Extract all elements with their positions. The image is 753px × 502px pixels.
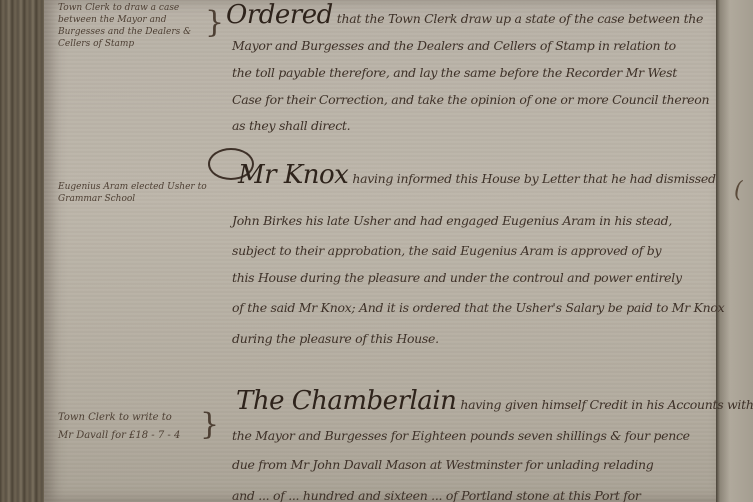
entry-ordered-line-1: Orderedthat the Town Clerk draw up a sta… xyxy=(226,0,703,30)
entry-knox-line-3: subject to their approbation, the said E… xyxy=(232,243,661,258)
book-binding xyxy=(0,0,48,502)
entry-ordered-line-5: as they shall direct. xyxy=(232,118,350,133)
entry-chamberlain-line-2: the Mayor and Burgesses for Eighteen pou… xyxy=(232,428,690,443)
margin-brace: } xyxy=(200,410,219,440)
margin-note-davall-line1: Town Clerk to write to xyxy=(58,409,208,427)
entry-knox-line-5: of the said Mr Knox; And it is ordered t… xyxy=(232,300,724,315)
entry-ordered-line-2: Mayor and Burgesses and the Dealers and … xyxy=(232,38,676,53)
entry-knox-line-6: during the pleasure of this House. xyxy=(232,331,439,346)
margin-brace: } xyxy=(205,8,224,38)
entry-knox-line-4: this House during the pleasure and under… xyxy=(232,270,682,285)
entry-lead-ordered: Ordered xyxy=(226,0,333,30)
entry-ordered-line-4: Case for their Correction, and take the … xyxy=(232,92,709,107)
entry-lead-knox: Mr Knox xyxy=(238,160,348,190)
entry-chamberlain-line-4: and ... of ... hundred and sixteen ... o… xyxy=(232,488,641,502)
margin-note-davall-line2: Mr Davall for £18 - 7 - 4 xyxy=(58,427,208,445)
margin-note-davall: Town Clerk to write to Mr Davall for £18… xyxy=(58,409,208,445)
margin-note-aram-elected: Eugenius Aram elected Usher to Grammar S… xyxy=(58,181,208,205)
entry-chamberlain-line-1: The Chamberlainhaving given himself Cred… xyxy=(236,386,753,416)
entry-knox-line-2: John Birkes his late Usher and had engag… xyxy=(232,213,672,228)
adjacent-page-ink-mark: ( xyxy=(734,178,743,203)
entry-chamberlain-line-3: due from Mr John Davall Mason at Westmin… xyxy=(232,457,653,472)
adjacent-page-edge: ( xyxy=(716,0,753,502)
entry-lead-chamberlain: The Chamberlain xyxy=(236,386,456,416)
margin-note-case: Town Clerk to draw a case between the Ma… xyxy=(58,2,208,50)
entry-knox-line-1: Mr Knoxhaving informed this House by Let… xyxy=(238,160,716,190)
entry-ordered-line-3: the toll payable therefore, and lay the … xyxy=(232,65,677,80)
